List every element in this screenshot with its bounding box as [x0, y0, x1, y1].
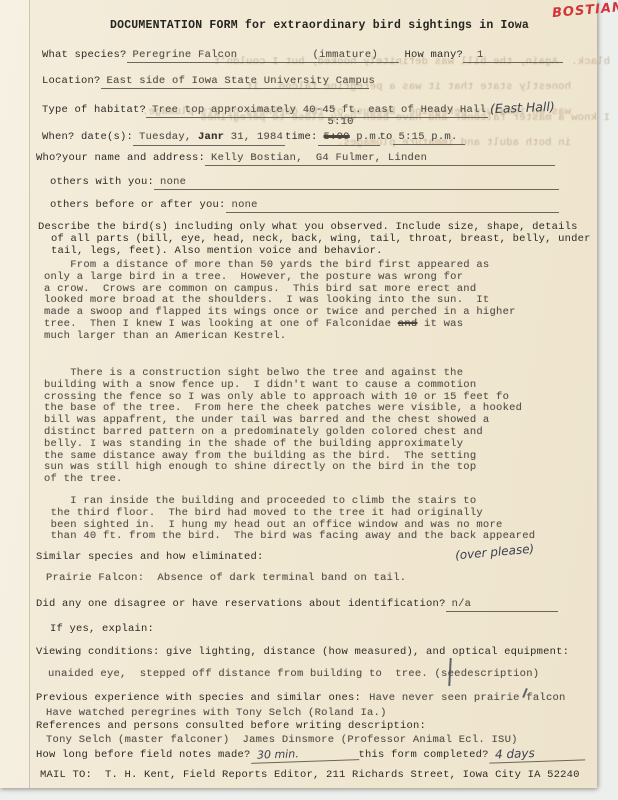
form-completed-value: 4 days [488, 744, 584, 763]
disagree-value: n/a [446, 598, 558, 612]
habitat-value: Tree top approximately 40-45 ft. east of… [146, 104, 488, 118]
start-time-field: 5:105:00 p.m. [318, 126, 380, 146]
time-label: time: [285, 131, 318, 143]
describe-prompt: Describe the bird(s) including only what… [38, 222, 594, 257]
scanned-document-screenshot: black. Again, the bill was definitely ho… [0, 0, 618, 800]
start-time-corrected: 5:10 [328, 116, 354, 128]
if-yes-label: If yes, explain: [50, 623, 154, 635]
similar-species-label: Similar species and how eliminated: [36, 551, 264, 563]
start-time-struck-out: 5:00 [324, 131, 350, 143]
previous-experience-value-2: Have watched peregrines with Tony Selch … [46, 707, 387, 719]
how-many-value: 1 [463, 49, 563, 63]
description-paragraph-2: There is a construction sight belwo the … [44, 368, 584, 486]
habitat-label: Type of habitat? [42, 104, 146, 116]
reviewer-name-annotation: BOSTIAN [551, 0, 618, 21]
description-paragraph-1: From a distance of more than 50 yards th… [44, 260, 584, 343]
disagree-label: Did any one disagree or have reservation… [36, 598, 446, 610]
previous-experience-value: Have never seen prairie falcon [369, 692, 566, 704]
species-label: What species? [42, 49, 127, 61]
over-please-handwritten-note: (over please) [455, 542, 535, 563]
form-title: DOCUMENTATION FORM for extraordinary bir… [110, 19, 529, 32]
others-before-value: none [226, 199, 559, 213]
paper-crease-line [29, 0, 30, 788]
others-before-label: others before or after you: [50, 199, 226, 211]
end-time-value: 5:15 p.m. [393, 131, 465, 145]
similar-species-value: Prairie Falcon: Absence of dark terminal… [46, 572, 406, 584]
date-month-overtyped: Janr [198, 131, 224, 143]
struck-out-word: and [398, 318, 418, 330]
date-text-rest: 31, 1984 [224, 131, 283, 143]
date-label: When? date(s): [42, 131, 133, 143]
paper-left-margin [0, 0, 29, 788]
location-value: East side of Iowa State University Campu… [101, 75, 369, 89]
others-with-value: none [154, 176, 559, 190]
references-value: Tony Selch (master falconer) James Dinsm… [46, 734, 518, 746]
references-label: References and persons consulted before … [36, 720, 426, 732]
form-completed-label: this form completed? [359, 749, 489, 761]
previous-experience-label: Previous experience with species and sim… [36, 692, 361, 704]
observer-value: Kelly Bostian, G4 Fulmer, Linden [205, 152, 555, 166]
observer-label: Who?your name and address: [36, 152, 205, 164]
viewing-conditions-value: unaided eye, stepped off distance from b… [48, 668, 539, 680]
species-value: Peregrine Falcon [127, 49, 307, 63]
how-many-label: How many? [405, 49, 464, 61]
field-notes-delay-label: How long before field notes made? [36, 749, 251, 761]
viewing-conditions-label: Viewing conditions: give lighting, dista… [36, 646, 569, 658]
field-notes-delay-value: 30 min. [250, 745, 358, 764]
form-paper: black. Again, the bill was definitely ho… [0, 0, 597, 788]
others-with-label: others with you: [50, 176, 154, 188]
mail-to-line: MAIL TO: T. H. Kent, Field Reports Edito… [40, 769, 580, 781]
species-qualifier: (immature) [307, 49, 399, 63]
location-label: Location? [42, 75, 101, 87]
habitat-handwritten-note: (East Hall) [490, 99, 555, 116]
start-time-suffix: p.m. [350, 131, 383, 143]
date-text: Tuesday, [139, 131, 198, 143]
description-paragraph-3: I ran inside the building and proceeded … [44, 496, 589, 543]
date-value: Tuesday, Janr 31, 1984 [133, 126, 285, 146]
